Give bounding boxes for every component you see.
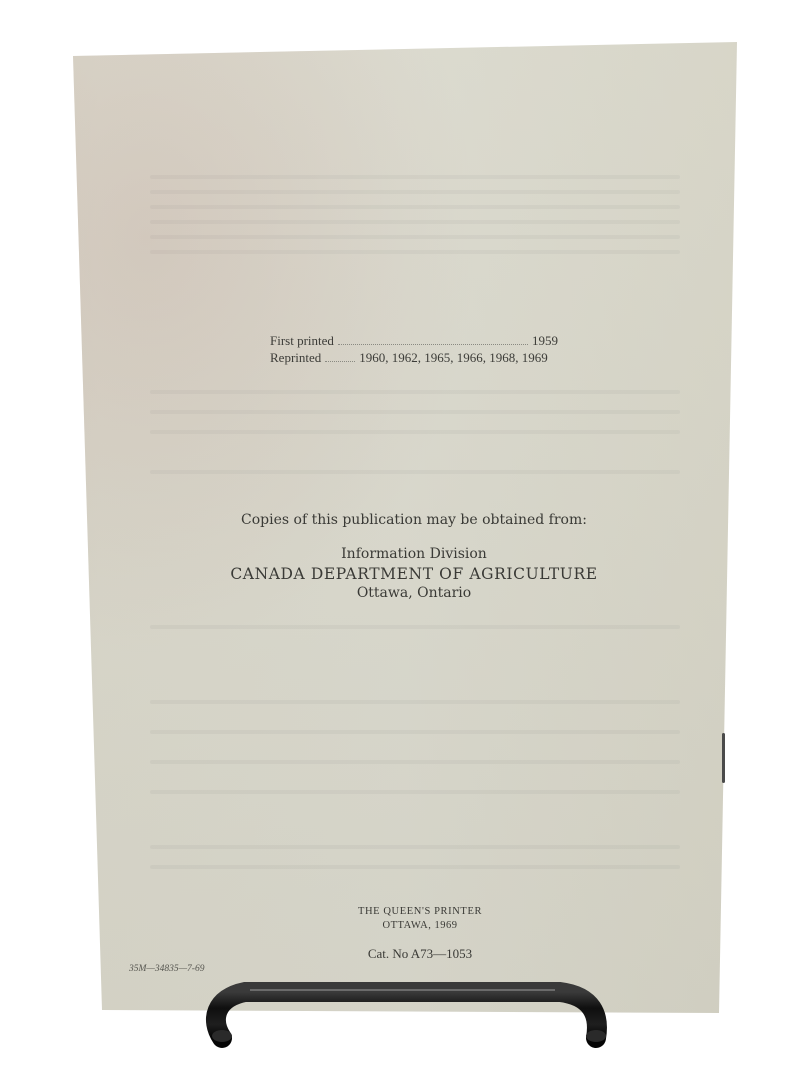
bleed-through-line xyxy=(150,430,680,434)
availability-location: Ottawa, Ontario xyxy=(0,585,812,601)
first-printed-row: First printed 1959 xyxy=(270,332,558,349)
bleed-through-line xyxy=(150,730,680,734)
availability-division: Information Division xyxy=(0,546,812,562)
bleed-through-line xyxy=(150,410,680,414)
booklet-spine-edge xyxy=(722,733,725,783)
imprint-printer: THE QUEEN'S PRINTER xyxy=(0,906,812,917)
bleed-through-line xyxy=(150,190,680,194)
availability-department: CANADA DEPARTMENT OF AGRICULTURE xyxy=(0,565,812,583)
bleed-through-line xyxy=(150,175,680,179)
bleed-through-line xyxy=(150,700,680,704)
bleed-through-line xyxy=(150,235,680,239)
first-printed-year: 1959 xyxy=(532,332,558,349)
bleed-through-line xyxy=(150,790,680,794)
print-code: 35M—34835—7-69 xyxy=(129,964,204,974)
booklet-page xyxy=(0,0,812,1080)
bleed-through-line xyxy=(150,205,680,209)
bleed-through-line xyxy=(150,470,680,474)
bleed-through-line xyxy=(150,390,680,394)
bleed-through-line xyxy=(150,845,680,849)
reprinted-label: Reprinted xyxy=(270,349,321,366)
bleed-through-line xyxy=(150,865,680,869)
leader-dots xyxy=(338,344,528,345)
leader-dots xyxy=(325,361,355,362)
first-printed-label: First printed xyxy=(270,332,334,349)
catalogue-number: Cat. No A73—1053 xyxy=(0,946,812,962)
availability-lead: Copies of this publication may be obtain… xyxy=(0,512,812,528)
bleed-through-line xyxy=(150,250,680,254)
reprinted-row: Reprinted 1960, 1962, 1965, 1966, 1968, … xyxy=(270,349,558,366)
edition-history: First printed 1959 Reprinted 1960, 1962,… xyxy=(270,332,558,366)
bleed-through-line xyxy=(150,625,680,629)
bleed-through-line xyxy=(150,760,680,764)
imprint-place-year: OTTAWA, 1969 xyxy=(0,920,812,931)
bleed-through-line xyxy=(150,220,680,224)
reprinted-years: 1960, 1962, 1965, 1966, 1968, 1969 xyxy=(359,349,548,366)
photo-scene: First printed 1959 Reprinted 1960, 1962,… xyxy=(0,0,812,1080)
